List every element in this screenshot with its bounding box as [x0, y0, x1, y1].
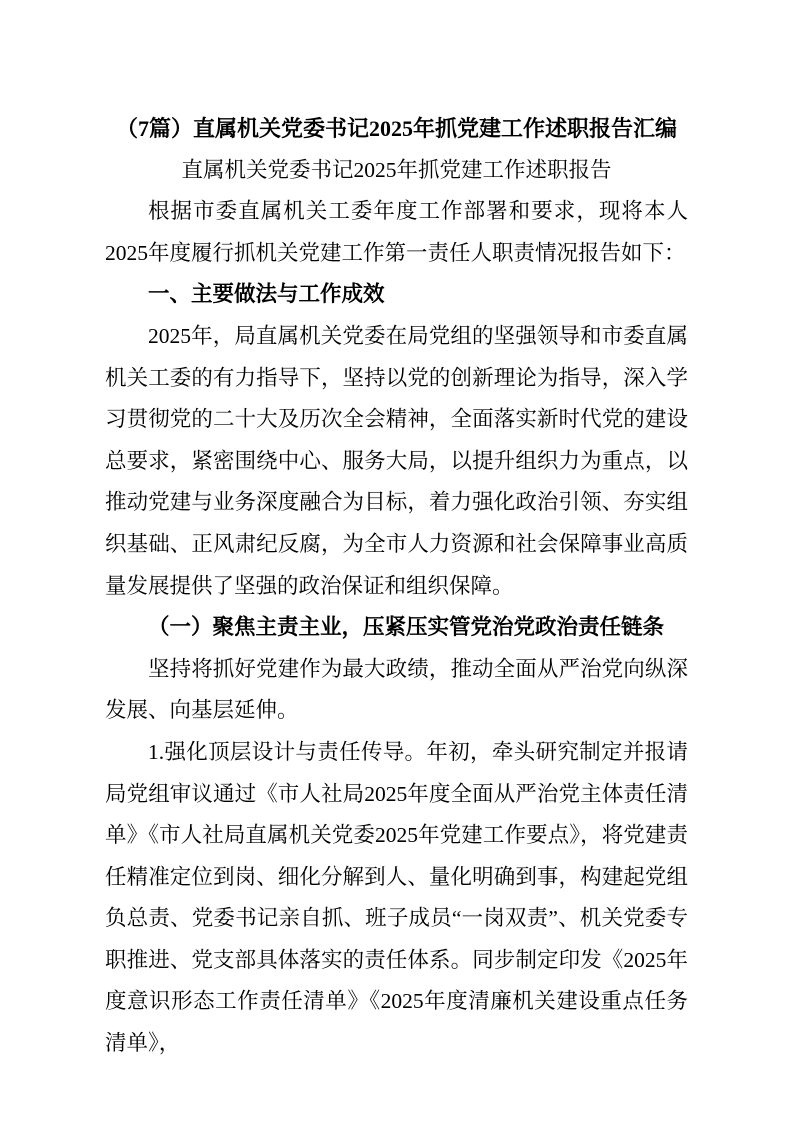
section-heading-responsibility-chain: （一）聚焦主责主业，压紧压实管党治党政治责任链条 [105, 607, 688, 649]
section-heading-main-practices: 一、主要做法与工作成效 [105, 274, 688, 316]
paragraph-top-level-design: 1.强化顶层设计与责任传导。年初，牵头研究制定并报请局党组审议通过《市人社局20… [105, 732, 688, 1065]
document-title: （7篇）直属机关党委书记2025年抓党建工作述职报告汇编 [105, 108, 688, 150]
paragraph-overview: 2025年，局直属机关党委在局党组的坚强领导和市委直属机关工委的有力指导下，坚持… [105, 316, 688, 607]
paragraph-persist-party-building: 坚持将抓好党建作为最大政绩，推动全面从严治党向纵深发展、向基层延伸。 [105, 649, 688, 732]
document-subtitle: 直属机关党委书记2025年抓党建工作述职报告 [105, 150, 688, 192]
document-page: （7篇）直属机关党委书记2025年抓党建工作述职报告汇编 直属机关党委书记202… [0, 0, 793, 1122]
paragraph-intro: 根据市委直属机关工委年度工作部署和要求，现将本人2025年度履行抓机关党建工作第… [105, 191, 688, 274]
